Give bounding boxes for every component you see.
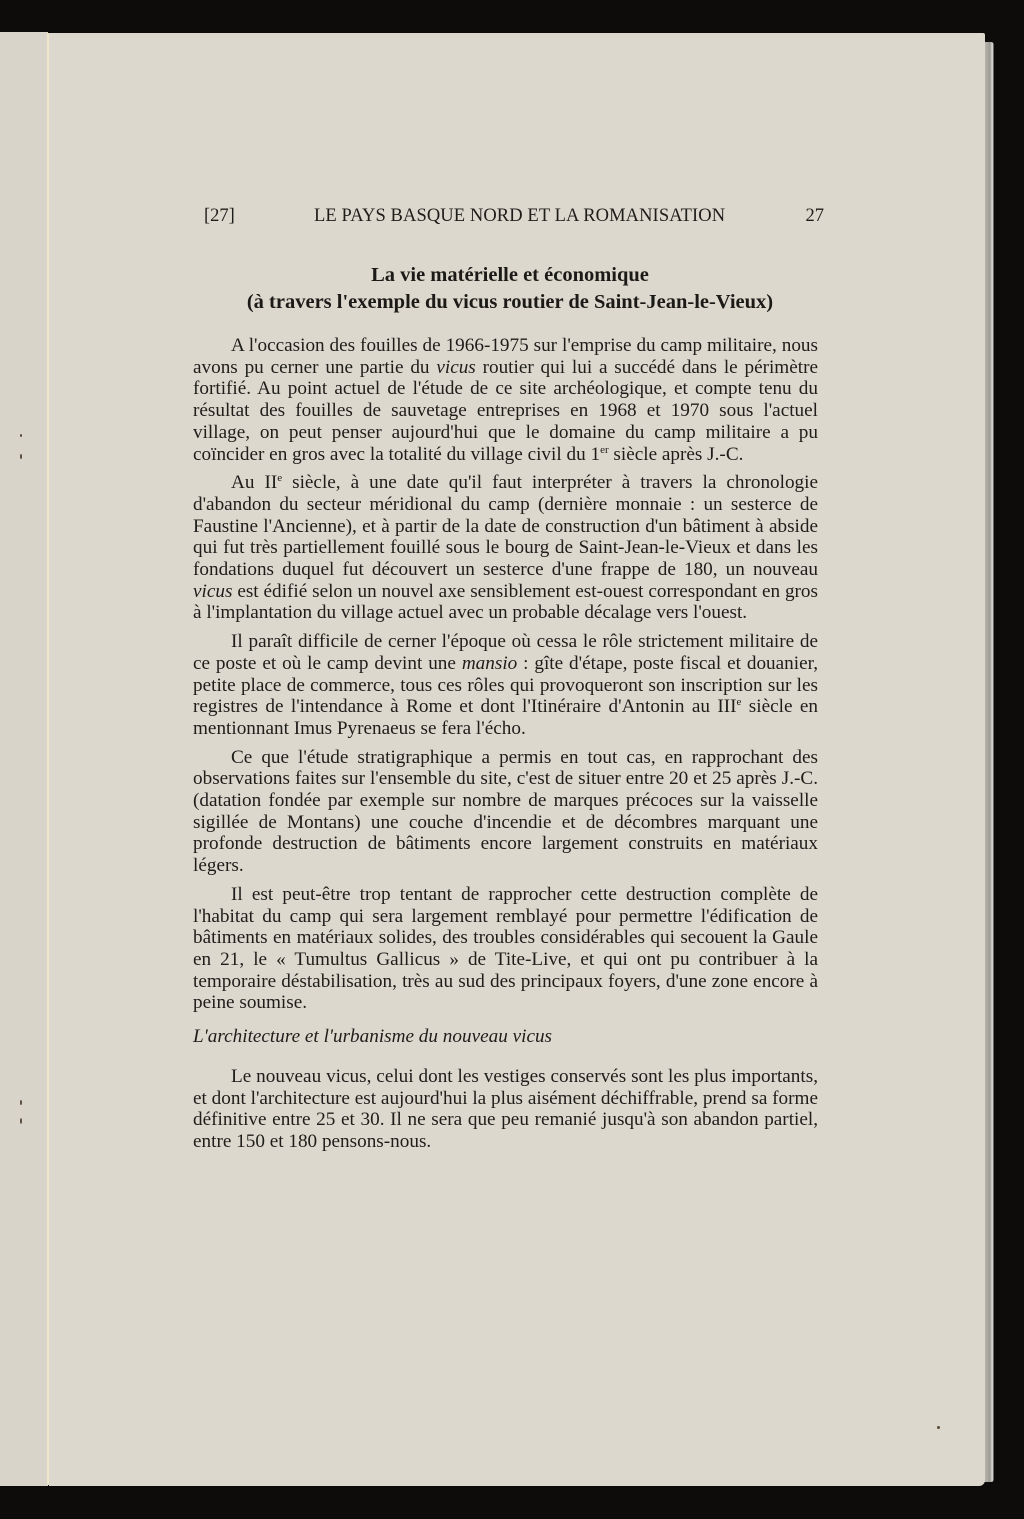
running-head: [27] LE PAYS BASQUE NORD ET LA ROMANISAT… <box>204 206 824 230</box>
section-heading: La vie matérielle et économique (à trave… <box>190 262 830 316</box>
paragraph-1: A l'occasion des fouilles de 1966-1975 s… <box>193 335 818 465</box>
paragraph-6: Le nouveau vicus, celui dont les vestige… <box>193 1066 818 1153</box>
italic-term: vicus <box>436 357 475 378</box>
paragraph-5: Il est peut-être trop tentant de rapproc… <box>193 884 818 1014</box>
paper-speck <box>20 1118 22 1124</box>
paragraph-2: Au IIe siècle, à une date qu'il faut int… <box>193 472 818 624</box>
italic-term: mansio <box>462 653 517 674</box>
paper-speck <box>20 1100 22 1105</box>
italic-term: vicus <box>193 581 232 602</box>
page-edge <box>984 42 994 1482</box>
body-text: A l'occasion des fouilles de 1966-1975 s… <box>193 335 818 1160</box>
superscript: er <box>600 444 609 456</box>
text-run: est édifié selon un nouvel axe sensiblem… <box>193 581 818 624</box>
page-gutter <box>47 33 49 1485</box>
section-ref: [27] <box>204 206 235 227</box>
text-run: siècle après J.-C. <box>609 444 744 465</box>
facing-page-strip <box>0 32 48 1486</box>
page-number: 27 <box>806 206 825 227</box>
text-run: Au II <box>231 472 277 493</box>
paper-speck <box>20 454 22 459</box>
paragraph-3: Il paraît difficile de cerner l'époque o… <box>193 631 818 740</box>
text-run: siècle, à une date qu'il faut interpréte… <box>193 472 818 580</box>
paper-speck <box>20 434 22 437</box>
paper-speck <box>937 1426 940 1429</box>
heading-line-2: (à travers l'exemple du vicus routier de… <box>190 289 830 316</box>
heading-line-1: La vie matérielle et économique <box>190 262 830 289</box>
subheading: L'architecture et l'urbanisme du nouveau… <box>193 1026 818 1048</box>
paragraph-4: Ce que l'étude stratigraphique a permis … <box>193 747 818 877</box>
running-title: LE PAYS BASQUE NORD ET LA ROMANISATION <box>314 206 725 227</box>
